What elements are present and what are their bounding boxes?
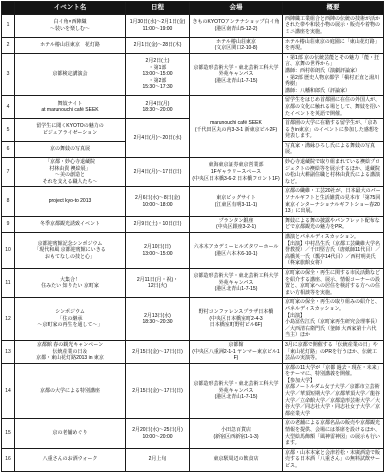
cell-overview: 写真家・溝縁ひろし氏による舞妓の写真展。 <box>283 141 384 157</box>
cell-row-number: 5 <box>2 119 15 142</box>
cell-row-number: 13 <box>2 340 15 363</box>
cell-date: 1月30日(水)〜2月1日(金) 11:00〜19:00 <box>126 14 190 37</box>
cell-overview: 京都の11大学が「京都 過去・現在・未来」をテーマに、特別講義を開催。 【参加大… <box>283 363 384 419</box>
cell-row-number: 2 <box>2 37 15 53</box>
event-schedule-table: イベント名 日程 会場 概要 1白イ角×西陣織 〜装いを楽しむ〜1月30日(水)… <box>1 1 384 472</box>
cell-date: 2月2日(土) ・第1部 13:00〜15:00 ・第2部 15:30〜17:3… <box>126 53 190 96</box>
cell-event-name: 京都迎賓館記念シンポジウム 「現代和風 京都迎賓館にいきる おもてなしの技と心」 <box>15 233 126 269</box>
header-overview: 概要 <box>283 2 384 15</box>
cell-row-number: 11 <box>2 268 15 297</box>
cell-venue: 野村コンファレンスプラザ日本橋 (中央区日本橋室町2-4-3 日本橋室町野村ビル… <box>190 298 283 341</box>
cell-date: 2月15日(金)〜17日(日) <box>126 363 190 419</box>
cell-venue: 東海東京証券東京営業部 1Fギャラリースペース (中央区日本橋3-6-2 日本橋… <box>190 158 283 187</box>
cell-overview: 首都圏の大学に在籍する留学生が、「京あるきin東京」のイベントに参加した感想を発… <box>283 119 384 142</box>
cell-venue: 六本木アカデミーヒルズタワーホール (港区六本木6-10-1) <box>190 233 283 269</box>
cell-overview: 西陣織工業組合と西陣の伝統の技術が活かされた帯や和装小物の展示・販売や着物のミニ… <box>283 14 384 37</box>
header-date: 日程 <box>126 2 190 15</box>
cell-venue: 京都造形芸術大学・東北芸術工科大学 外苑キャンパス (港区北青山1-7-15) <box>190 268 283 297</box>
cell-venue: 京都館 (中央区八重洲2-1-1 ヤンマー東京ビル1F) <box>190 340 283 363</box>
cell-venue: 京都造形芸術大学・東北芸術工科大学 外苑キャンパス (港区北青山1-7-15) <box>190 53 283 96</box>
cell-date: 2月6日(水)〜8日(金) 10:00〜18:00 <box>126 187 190 216</box>
cell-overview: 妙心寺退蔵院で取り組まれている襖絵プロジェクトの襖絵等を展示するほか、退蔵院の松… <box>283 158 384 187</box>
table-row: 9冬季京都観光誘致イベント2月9日(土)・10日(日)プランタン銀座 (中央区銀… <box>2 216 384 232</box>
cell-row-number: 15 <box>2 419 15 448</box>
cell-row-number: 14 <box>2 363 15 419</box>
cell-row-number: 1 <box>2 14 15 37</box>
cell-row-number: 12 <box>2 298 15 341</box>
table-row: 4舞妓ナイト at marunouchi café SEEK2月4日(月) 18… <box>2 96 384 119</box>
cell-overview: 3月に京都で開催する「伝統産業の日」や「東山花灯路」のPRを行うほか、伝統工芸品… <box>283 340 384 363</box>
table-body: 1白イ角×西陣織 〜装いを楽しむ〜1月30日(水)〜2月1日(金) 11:00〜… <box>2 14 384 471</box>
cell-overview: 講演とパネルディスカッション。 【出演】中村昌生氏（京都工芸繊維大学名誉教授）／… <box>283 233 384 269</box>
cell-event-name: 京都検定講演会 <box>15 53 126 96</box>
cell-row-number: 16 <box>2 448 15 471</box>
cell-date: 2月11日(月・祝)・ 12日(火) <box>126 268 190 297</box>
cell-date: 2月1日(金)〜28日(木) <box>126 37 190 53</box>
cell-event-name: project kyo-to 2013 <box>15 187 126 216</box>
table-row: 16八重さんのお酒ウォーク2月上旬東京駅周辺の飲食店京都・山本本家と会津若松・末… <box>2 448 384 471</box>
cell-overview: 京都の繊維・工芸20社が、日本最大のパーソナルギフトと生活雑貨の見本市「第75回… <box>283 187 384 216</box>
cell-overview: 京町家の保全・再生に関する市民活動などを紹介する講座、展示、情報コーナーの設置と… <box>283 268 384 297</box>
table-row: 3京都検定講演会2月2日(土) ・第1部 13:00〜15:00 ・第2部 15… <box>2 53 384 96</box>
cell-row-number: 10 <box>2 233 15 269</box>
cell-event-name: 八重さんのお酒ウォーク <box>15 448 126 471</box>
cell-venue: プランタン銀座 (中央区銀座3-2-1) <box>190 216 283 232</box>
cell-date: 2月上旬 <box>126 448 190 471</box>
cell-venue: 東京駅周辺の飲食店 <box>190 448 283 471</box>
cell-overview: 留学生をはじめ首都圏に在住の外国人が、京都の文化に触れる場として、舞妓を招いたイ… <box>283 96 384 119</box>
cell-date: 2月13日(水) 18:30〜20:30 <box>126 298 190 341</box>
cell-overview: 舞妓による舞の披露やパンフレット配布などで京都観光の魅力をPR。 <box>283 216 384 232</box>
cell-event-name: 大集合！ 住みたい 知りたい 京町家 <box>15 268 126 297</box>
table-row: 10京都迎賓館記念シンポジウム 「現代和風 京都迎賓館にいきる おもてなしの技と… <box>2 233 384 269</box>
event-schedule-sheet: イベント名 日程 会場 概要 1白イ角×西陣織 〜装いを楽しむ〜1月30日(水)… <box>0 0 384 473</box>
cell-date: 2月4日(月)〜17日(日) <box>126 158 190 187</box>
table-row: 1白イ角×西陣織 〜装いを楽しむ〜1月30日(水)〜2月1日(金) 11:00〜… <box>2 14 384 37</box>
header-event-name: イベント名 <box>15 2 126 15</box>
cell-date: 2月20日(水)〜25日(月) 10:00〜20:00 <box>126 419 190 448</box>
header-row-number <box>2 2 15 15</box>
cell-event-name: 「京都・妙心寺退蔵院 村林由貴 襖絵展」 〜美の創造と それを支える職人たち〜 <box>15 158 126 187</box>
cell-event-name: ホテル椿山荘東京 花灯路 <box>15 37 126 53</box>
cell-event-name: 京都館 春の観光キャンペーン 伝統産業の日＆ 京都・東山花灯路2013 in 東… <box>15 340 126 363</box>
table-row: 14京都の大学による特別講座2月15日(金)〜17日(日)京都造形芸術大学・東北… <box>2 363 384 419</box>
cell-event-name: 冬季京都観光誘致イベント <box>15 216 126 232</box>
header-venue: 会場 <box>190 2 283 15</box>
table-header-row: イベント名 日程 会場 概要 <box>2 2 384 15</box>
cell-venue: きものKYOTOアンテナショップ白イ角 (港区南青山5-12-2) <box>190 14 283 37</box>
cell-date: 2月15日(金)〜17日(日) <box>126 340 190 363</box>
cell-overview: 京都・山本本家と会津若松・末廣酒造で販売する日本酒「八重さん」の無料試飲サービス… <box>283 448 384 471</box>
cell-event-name: 京の老舗めぐり <box>15 419 126 448</box>
cell-row-number: 9 <box>2 216 15 232</box>
table-row: 12シンポジウム 「住の継承 〜京町家の再生を通して〜」2月13日(水) 18:… <box>2 298 384 341</box>
cell-row-number: 7 <box>2 158 15 187</box>
cell-event-name: 白イ角×西陣織 〜装いを楽しむ〜 <box>15 14 126 37</box>
cell-venue: 東京ビッグサイト (江東区有明3-11-1) <box>190 187 283 216</box>
cell-date: 2月4日(月) 18:30〜20:00 <box>126 96 190 119</box>
cell-event-name: 京都の大学による特別講座 <box>15 363 126 419</box>
cell-venue: ホテル椿山荘東京 (文京区関口2-10-8) <box>190 37 283 53</box>
cell-date: 2月9日(土)・10日(日) <box>126 216 190 232</box>
cell-date: 2月4日(月)〜20日(水) <box>126 119 190 158</box>
cell-event-name: 京の舞妓の写真展 <box>15 141 126 157</box>
table-row: 2ホテル椿山荘東京 花灯路2月1日(金)〜28日(木)ホテル椿山荘東京 (文京区… <box>2 37 384 53</box>
cell-row-number: 8 <box>2 187 15 216</box>
table-row: 13京都館 春の観光キャンペーン 伝統産業の日＆ 京都・東山花灯路2013 in… <box>2 340 384 363</box>
cell-overview: ホテル椿山荘東京の庭園に「東山花灯路」を再現。 <box>283 37 384 53</box>
cell-overview: 京の老舗による京都名品の販売や京都観光情報を提供、会場には茶席を設けるほか、大型… <box>283 419 384 448</box>
cell-event-name: シンポジウム 「住の継承 〜京町家の再生を通して〜」 <box>15 298 126 341</box>
cell-row-number: 3 <box>2 53 15 96</box>
cell-row-number: 4 <box>2 96 15 119</box>
cell-event-name: 留学生に聞くKYOTOの魅力の ビジュアライゼーション <box>15 119 126 142</box>
table-row: 8project kyo-to 20132月6日(水)〜8日(金) 10:00〜… <box>2 187 384 216</box>
cell-venue: 小田急百貨店 (新宿区西新宿1-1-3) <box>190 419 283 448</box>
cell-overview: 京町家の保全・再生の取り組みの紹介と、パネルディスカッション。 【出演】 小島冨… <box>283 298 384 341</box>
cell-row-number: 6 <box>2 141 15 157</box>
cell-date: 2月10日(日) 13:00〜15:00 <box>126 233 190 269</box>
cell-venue: marunouchi café SEEK (千代田区丸の内3-3-1 新東京ビル… <box>190 96 283 158</box>
cell-overview: ・第1部 京の伝統芸能とその魅力「能・狂言、京舞の世界から」 講師：西村彰朗氏（… <box>283 53 384 96</box>
table-row: 15京の老舗めぐり2月20日(水)〜25日(月) 10:00〜20:00小田急百… <box>2 419 384 448</box>
table-row: 7「京都・妙心寺退蔵院 村林由貴 襖絵展」 〜美の創造と それを支える職人たち〜… <box>2 158 384 187</box>
table-row: 11大集合！ 住みたい 知りたい 京町家2月11日(月・祝)・ 12日(火)京都… <box>2 268 384 297</box>
cell-event-name: 舞妓ナイト at marunouchi café SEEK <box>15 96 126 119</box>
cell-venue: 京都造形芸術大学・東北芸術工科大学 外苑キャンパス (港区北青山1-7-15) <box>190 363 283 419</box>
